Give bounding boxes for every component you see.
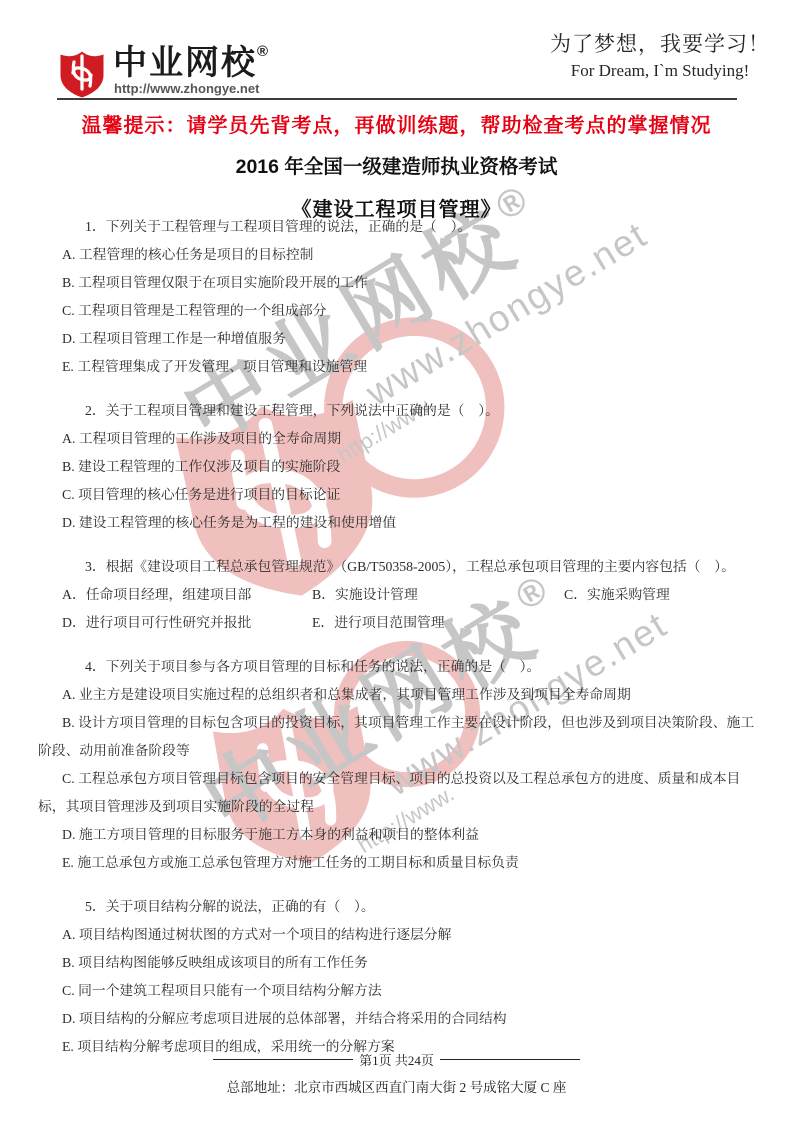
page-content: 中业网校® http://www.zhongye.net 为了梦想，我要学习！ … xyxy=(0,0,793,1122)
questions-section: 1．下列关于工程管理与工程项目管理的说法，正确的是（ ）。 A. 工程管理的核心… xyxy=(38,213,755,1061)
question-option: C. 同一个建筑工程项目只能有一个项目结构分解方法 xyxy=(38,977,755,1005)
option-cell: D．进行项目可行性研究并报批 xyxy=(62,609,312,637)
question-option: B. 工程项目管理仅限于在项目实施阶段开展的工作 xyxy=(38,269,755,297)
question-stem: 5．关于项目结构分解的说法，正确的有（ ）。 xyxy=(38,893,755,921)
exam-title: 2016 年全国一级建造师执业资格考试 xyxy=(0,151,793,179)
option-cell: B．实施设计管理 xyxy=(312,581,564,609)
registered-mark: ® xyxy=(257,43,268,60)
footer: 第1页 共24页 总部地址：北京市西城区西直门南大街 2 号成铭大厦 C 座 xyxy=(0,1050,793,1096)
question-option: B. 设计方项目管理的目标包含项目的投资目标，其项目管理工作主要在设计阶段，但也… xyxy=(38,709,755,765)
question-option: E. 施工总承包方或施工总承包管理方对施工任务的工期目标和质量目标负责 xyxy=(38,849,755,877)
question-option: B. 项目结构图能够反映组成该项目的所有工作任务 xyxy=(38,949,755,977)
question-option: D. 建设工程管理的核心任务是为工程的建设和使用增值 xyxy=(38,509,755,537)
question-stem: 3．根据《建设项目工程总承包管理规范》（GB/T50358-2005），工程总承… xyxy=(38,553,755,581)
question-option: B. 建设工程管理的工作仅涉及项目的实施阶段 xyxy=(38,453,755,481)
question-stem: 4．下列关于项目参与各方项目管理的目标和任务的说法，正确的是（ ）。 xyxy=(38,653,755,681)
slogan-chinese: 为了梦想，我要学习！ xyxy=(550,28,770,58)
question-5: 5．关于项目结构分解的说法，正确的有（ ）。 A. 项目结构图通过树状图的方式对… xyxy=(38,893,755,1061)
document-page: 中业网校® www.zhongye.net http://www. 中业网校® … xyxy=(0,0,793,1122)
question-option: A. 工程管理的核心任务是项目的目标控制 xyxy=(38,241,755,269)
zhongye-shield-logo-icon xyxy=(57,50,107,98)
question-stem: 1．下列关于工程管理与工程项目管理的说法，正确的是（ ）。 xyxy=(38,213,755,241)
slogan-english: For Dream, I`m Studying! xyxy=(550,61,770,81)
option-cell: E．进行项目范围管理 xyxy=(312,609,564,637)
option-cell: C．实施采购管理 xyxy=(564,581,755,609)
notice-banner: 温馨提示：请学员先背考点，再做训练题，帮助检查考点的掌握情况 xyxy=(0,109,793,138)
question-stem: 2．关于工程项目管理和建设工程管理，下列说法中正确的是（ ）。 xyxy=(38,397,755,425)
question-4: 4．下列关于项目参与各方项目管理的目标和任务的说法，正确的是（ ）。 A. 业主… xyxy=(38,653,755,877)
slogan-block: 为了梦想，我要学习！ For Dream, I`m Studying! xyxy=(550,28,770,81)
option-cell: A．任命项目经理，组建项目部 xyxy=(62,581,312,609)
question-option: A. 项目结构图通过树状图的方式对一个项目的结构进行逐层分解 xyxy=(38,921,755,949)
question-2: 2．关于工程项目管理和建设工程管理，下列说法中正确的是（ ）。 A. 工程项目管… xyxy=(38,397,755,537)
question-option: D. 项目结构的分解应考虑项目进展的总体部署，并结合将采用的合同结构 xyxy=(38,1005,755,1033)
hq-address: 总部地址：北京市西城区西直门南大街 2 号成铭大厦 C 座 xyxy=(0,1076,793,1096)
site-url: http://www.zhongye.net xyxy=(114,81,259,96)
separator-line-right xyxy=(440,1059,580,1060)
question-option: D. 工程项目管理工作是一种增值服务 xyxy=(38,325,755,353)
question-option: E. 工程管理集成了开发管理、项目管理和设施管理 xyxy=(38,353,755,381)
separator-line-left xyxy=(213,1059,353,1060)
question-option: D. 施工方项目管理的目标服务于施工方本身的利益和项目的整体利益 xyxy=(38,821,755,849)
question-1: 1．下列关于工程管理与工程项目管理的说法，正确的是（ ）。 A. 工程管理的核心… xyxy=(38,213,755,381)
question-option: A. 业主方是建设项目实施过程的总组织者和总集成者，其项目管理工作涉及到项目全寿… xyxy=(38,681,755,709)
brand-name: 中业网校® xyxy=(113,44,268,82)
question-option: C. 工程项目管理是工程管理的一个组成部分 xyxy=(38,297,755,325)
page-separator: 第1页 共24页 xyxy=(0,1050,793,1069)
options-grid: A．任命项目经理，组建项目部 B．实施设计管理 C．实施采购管理 D．进行项目可… xyxy=(62,581,755,637)
page-number: 第1页 共24页 xyxy=(353,1050,440,1069)
header: 中业网校® http://www.zhongye.net 为了梦想，我要学习！ … xyxy=(0,0,793,100)
question-option: C. 项目管理的核心任务是进行项目的目标论证 xyxy=(38,481,755,509)
question-option: C. 工程总承包方项目管理目标包含项目的安全管理目标、项目的总投资以及工程总承包… xyxy=(38,765,755,821)
question-option: A. 工程项目管理的工作涉及项目的全寿命周期 xyxy=(38,425,755,453)
question-3: 3．根据《建设项目工程总承包管理规范》（GB/T50358-2005），工程总承… xyxy=(38,553,755,637)
header-divider xyxy=(57,98,737,100)
